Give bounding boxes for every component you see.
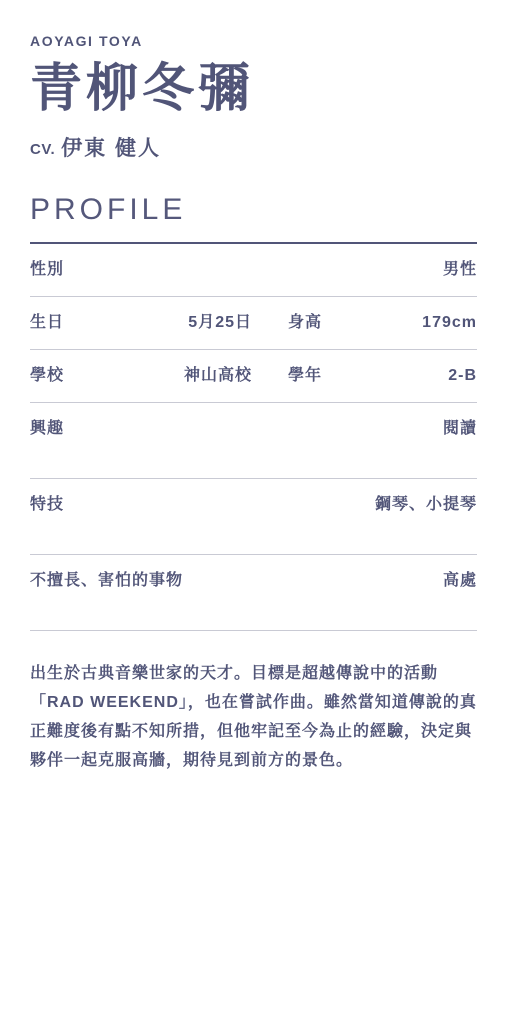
profile-value: 神山高校 — [184, 365, 252, 387]
profile-value: 鋼琴、小提琴 — [375, 494, 477, 516]
profile-label: 學年 — [288, 365, 322, 387]
character-description: 出生於古典音樂世家的天才。目標是超越傳說中的活動「RAD WEEKEND」，也在… — [30, 659, 477, 775]
profile-cell: 身高179cm — [288, 312, 477, 334]
profile-row: 學校神山高校學年2-B — [30, 350, 477, 403]
profile-label: 生日 — [30, 312, 64, 334]
profile-label: 身高 — [288, 312, 322, 334]
profile-row: 興趣閱讀 — [30, 403, 477, 479]
profile-cell: 性別男性 — [30, 259, 477, 281]
profile-cell: 學年2-B — [288, 365, 477, 387]
profile-value: 男性 — [443, 259, 477, 281]
profile-section-heading: PROFILE — [30, 193, 477, 227]
profile-cell: 不擅長、害怕的事物高處 — [30, 570, 477, 592]
profile-label: 性別 — [30, 259, 64, 281]
profile-row: 性別男性 — [30, 244, 477, 297]
character-name: 青柳冬彌 — [30, 57, 477, 121]
profile-value: 179cm — [422, 312, 477, 334]
profile-table: 性別男性生日5月25日身高179cm學校神山高校學年2-B興趣閱讀特技鋼琴、小提… — [30, 242, 477, 631]
character-name-romaji: AOYAGI TOYA — [30, 33, 477, 49]
profile-cell: 生日5月25日 — [30, 312, 252, 334]
cv-prefix-label: CV. — [30, 141, 55, 158]
profile-row: 不擅長、害怕的事物高處 — [30, 555, 477, 631]
profile-row: 生日5月25日身高179cm — [30, 297, 477, 350]
voice-actor-line: CV.伊東 健人 — [30, 135, 477, 165]
profile-label: 學校 — [30, 365, 64, 387]
character-profile-card: AOYAGI TOYA 青柳冬彌 CV.伊東 健人 PROFILE 性別男性生日… — [0, 0, 507, 775]
profile-label: 不擅長、害怕的事物 — [30, 570, 183, 592]
profile-value: 2-B — [448, 365, 477, 387]
voice-actor-name: 伊東 健人 — [61, 137, 161, 160]
profile-value: 高處 — [443, 570, 477, 592]
profile-cell: 特技鋼琴、小提琴 — [30, 494, 477, 516]
profile-cell: 興趣閱讀 — [30, 418, 477, 440]
profile-cell: 學校神山高校 — [30, 365, 252, 387]
profile-label: 興趣 — [30, 418, 64, 440]
profile-value: 5月25日 — [188, 312, 252, 334]
profile-row: 特技鋼琴、小提琴 — [30, 479, 477, 555]
profile-value: 閱讀 — [443, 418, 477, 440]
profile-label: 特技 — [30, 494, 64, 516]
